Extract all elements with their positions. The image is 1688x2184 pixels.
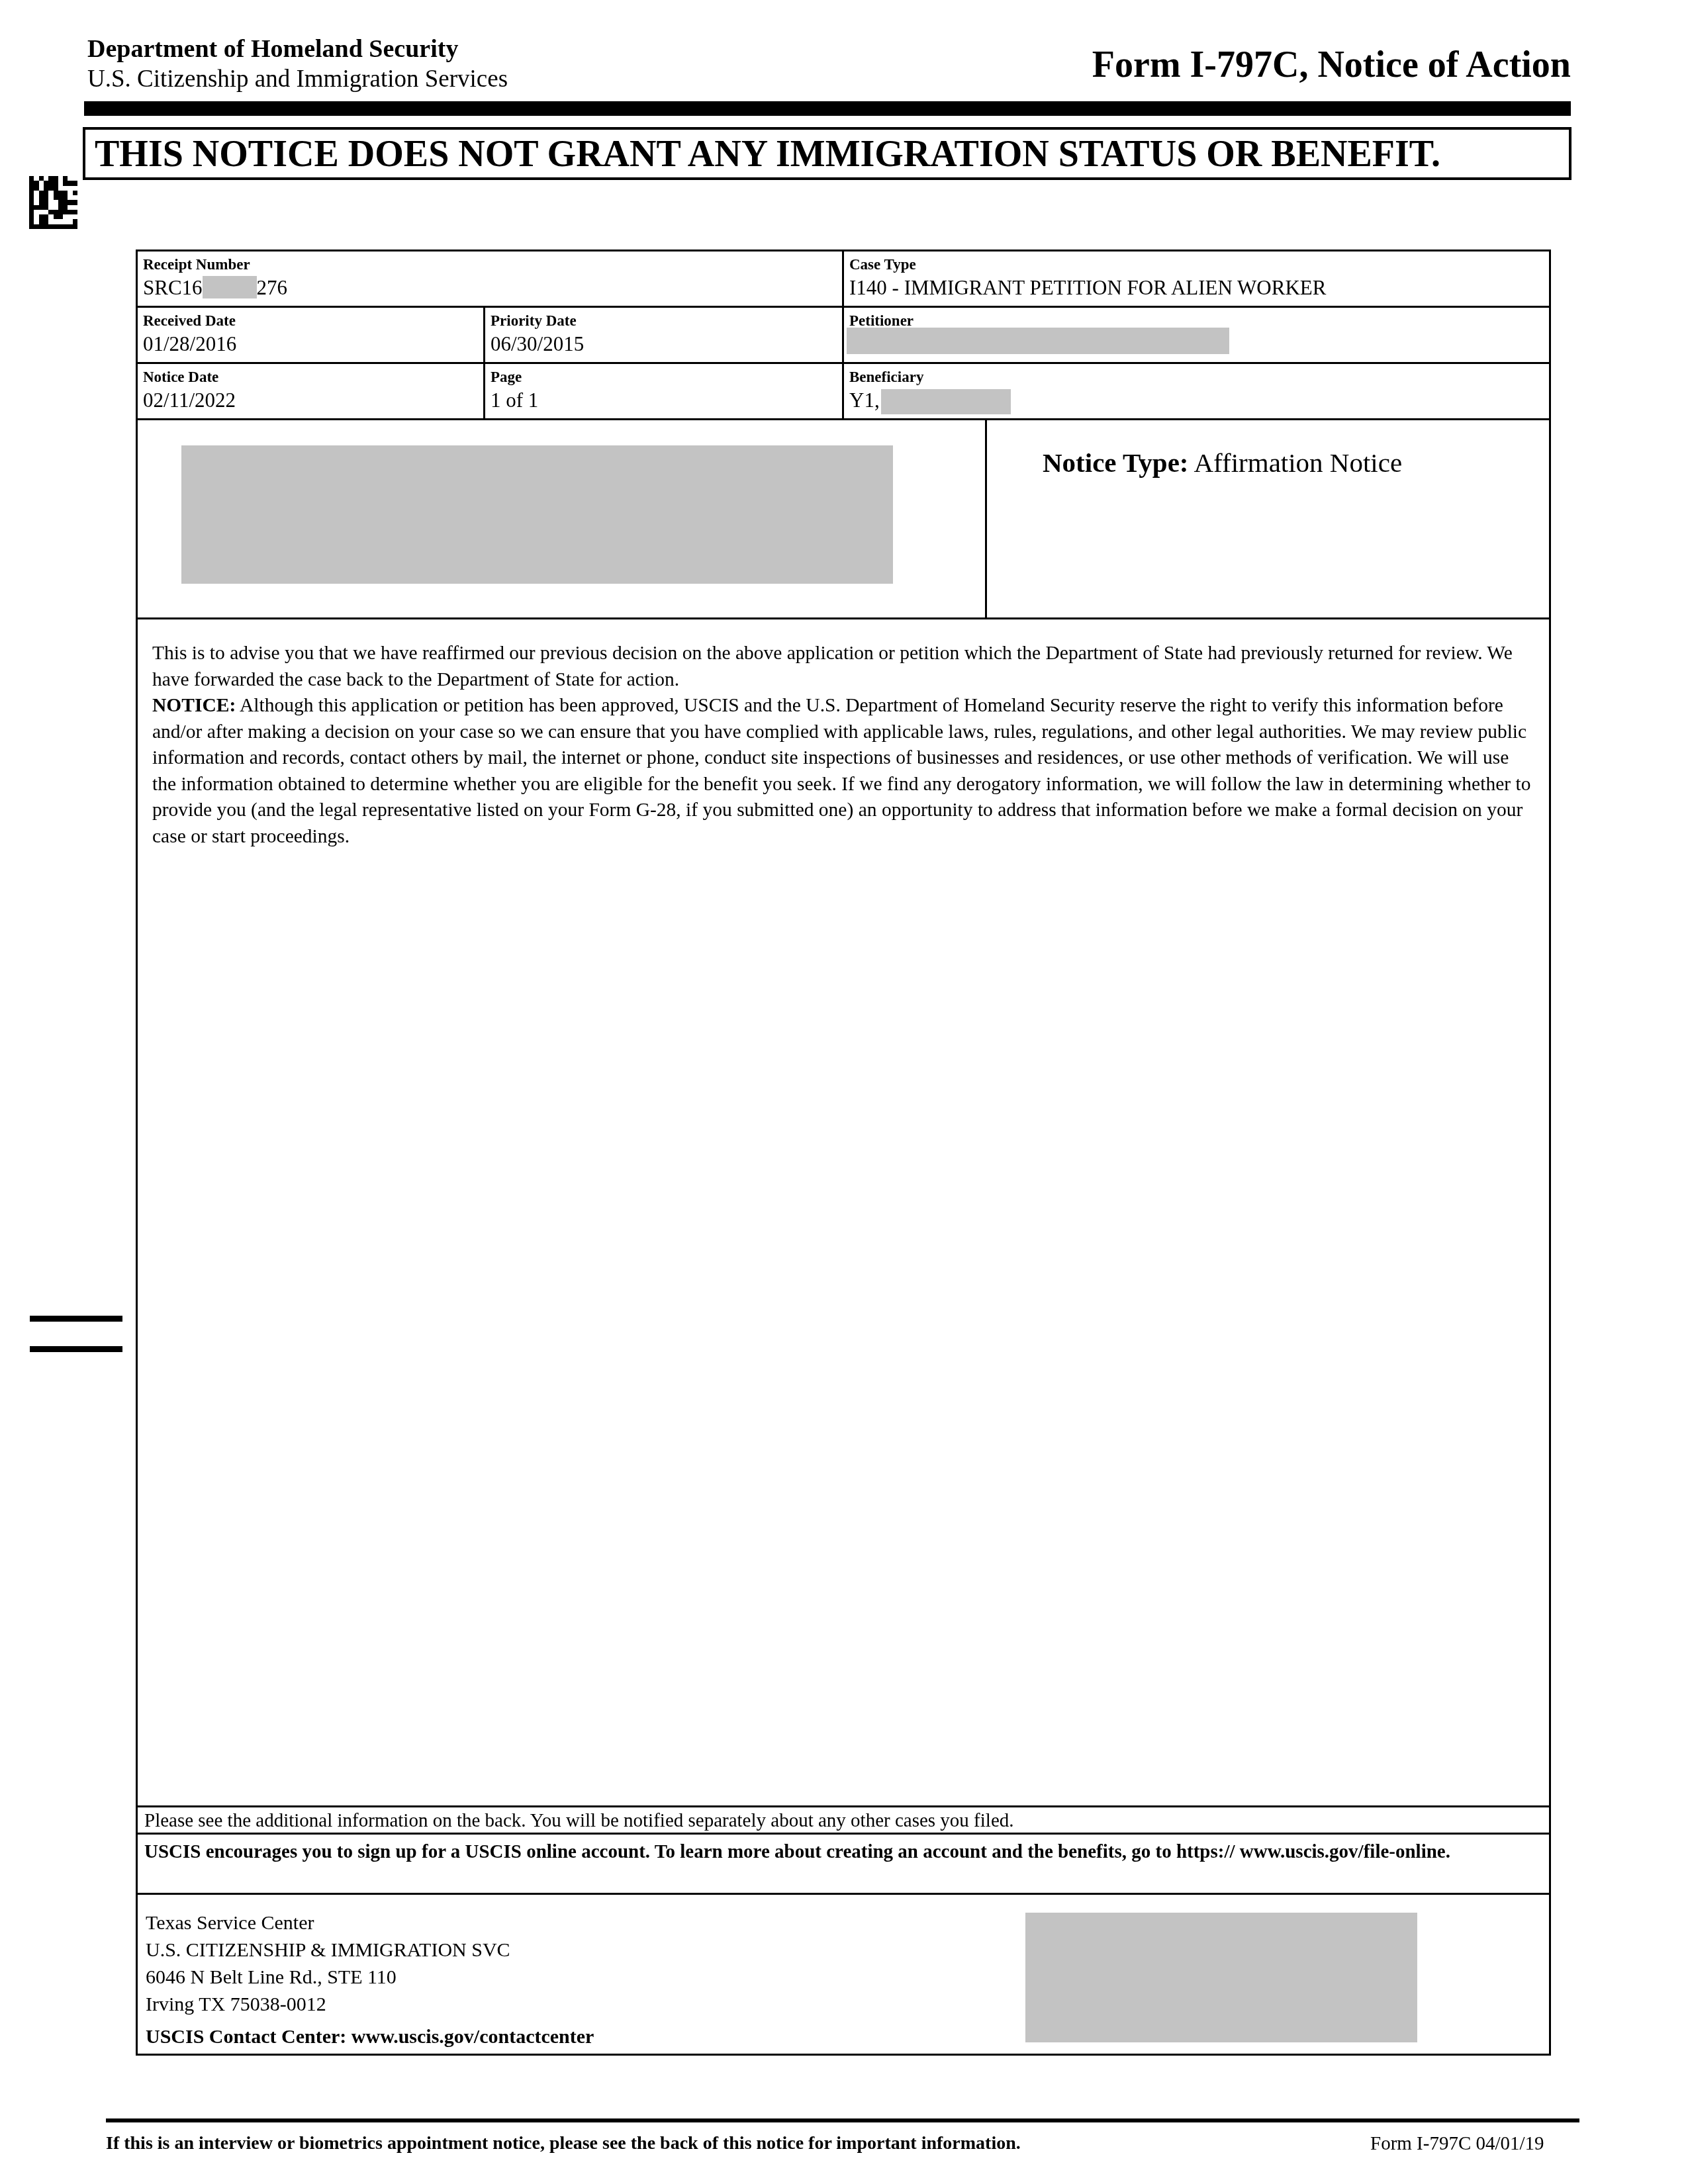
fold-mark [30, 1346, 122, 1352]
received-date-label: Received Date [143, 312, 236, 330]
receipt-suffix: 276 [257, 276, 288, 299]
header-rule [84, 101, 1571, 116]
online-account-row: USCIS encourages you to sign up for a US… [136, 1833, 1551, 1895]
body-paragraph-notice: NOTICE: Although this application or pet… [152, 693, 1536, 850]
page-label: Page [491, 368, 522, 387]
redaction-block [203, 276, 257, 298]
priority-date-cell: Priority Date 06/30/2015 [483, 306, 844, 364]
notice-type: Notice Type: Affirmation Notice [1043, 447, 1402, 478]
footer-form-id: Form I-797C 04/01/19 [1370, 2132, 1544, 2155]
footer-note: If this is an interview or biometrics ap… [106, 2132, 1021, 2155]
mailing-address-box [136, 418, 987, 619]
received-date-cell: Received Date 01/28/2016 [136, 306, 485, 364]
banner-text: THIS NOTICE DOES NOT GRANT ANY IMMIGRATI… [95, 134, 1440, 175]
petitioner-cell: Petitioner [842, 306, 1551, 364]
footer-rule [106, 2118, 1579, 2122]
datamatrix-barcode-icon [28, 176, 78, 229]
fold-mark [30, 1316, 122, 1322]
beneficiary-value: Y1, [849, 388, 880, 413]
additional-info-row: Please see the additional information on… [136, 1805, 1551, 1835]
notice-type-box: Notice Type: Affirmation Notice [985, 418, 1551, 619]
receipt-prefix: SRC16 [143, 276, 203, 299]
address-line-3: 6046 N Belt Line Rd., STE 110 [146, 1964, 510, 1991]
receipt-number-value: SRC16276 [143, 275, 287, 300]
received-date-value: 01/28/2016 [143, 332, 236, 357]
case-type-value: I140 - IMMIGRANT PETITION FOR ALIEN WORK… [849, 275, 1326, 300]
service-center-row: Texas Service Center U.S. CITIZENSHIP & … [136, 1893, 1551, 2056]
notice-label: NOTICE: [152, 695, 236, 716]
receipt-number-cell: Receipt Number SRC16276 [136, 250, 844, 308]
address-line-2: U.S. CITIZENSHIP & IMMIGRATION SVC [146, 1936, 510, 1964]
priority-date-label: Priority Date [491, 312, 577, 330]
online-account-text: USCIS encourages you to sign up for a US… [144, 1839, 1501, 1865]
notice-text: Although this application or petition ha… [152, 695, 1530, 847]
receipt-number-label: Receipt Number [143, 255, 250, 274]
form-title: Form I-797C, Notice of Action [1092, 44, 1571, 86]
petitioner-redaction [847, 328, 1229, 354]
additional-info-text: Please see the additional information on… [144, 1809, 1014, 1833]
page-value: 1 of 1 [491, 388, 538, 413]
case-type-label: Case Type [849, 255, 916, 274]
status-banner: THIS NOTICE DOES NOT GRANT ANY IMMIGRATI… [83, 127, 1571, 180]
address-line-4: Irving TX 75038-0012 [146, 1991, 510, 2018]
beneficiary-label: Beneficiary [849, 368, 923, 387]
beneficiary-redaction [881, 389, 1011, 414]
address-line-1: Texas Service Center [146, 1909, 510, 1936]
notice-date-label: Notice Date [143, 368, 218, 387]
body-text: This is to advise you that we have reaff… [152, 641, 1536, 850]
priority-date-value: 06/30/2015 [491, 332, 584, 357]
page-cell: Page 1 of 1 [483, 362, 844, 420]
signature-redaction [1025, 1913, 1417, 2042]
notice-body: This is to advise you that we have reaff… [136, 617, 1551, 1807]
service-center-address: Texas Service Center U.S. CITIZENSHIP & … [146, 1909, 510, 2018]
notice-type-value: Affirmation Notice [1194, 447, 1403, 478]
agency-name: Department of Homeland Security [87, 34, 458, 64]
notice-date-cell: Notice Date 02/11/2022 [136, 362, 485, 420]
sub-agency-name: U.S. Citizenship and Immigration Service… [87, 65, 508, 94]
notice-date-value: 02/11/2022 [143, 388, 236, 413]
contact-center: USCIS Contact Center: www.uscis.gov/cont… [146, 2025, 594, 2050]
notice-type-label: Notice Type: [1043, 447, 1189, 478]
case-type-cell: Case Type I140 - IMMIGRANT PETITION FOR … [842, 250, 1551, 308]
beneficiary-cell: Beneficiary Y1, [842, 362, 1551, 420]
body-paragraph-1: This is to advise you that we have reaff… [152, 641, 1536, 693]
address-redaction [181, 445, 893, 584]
